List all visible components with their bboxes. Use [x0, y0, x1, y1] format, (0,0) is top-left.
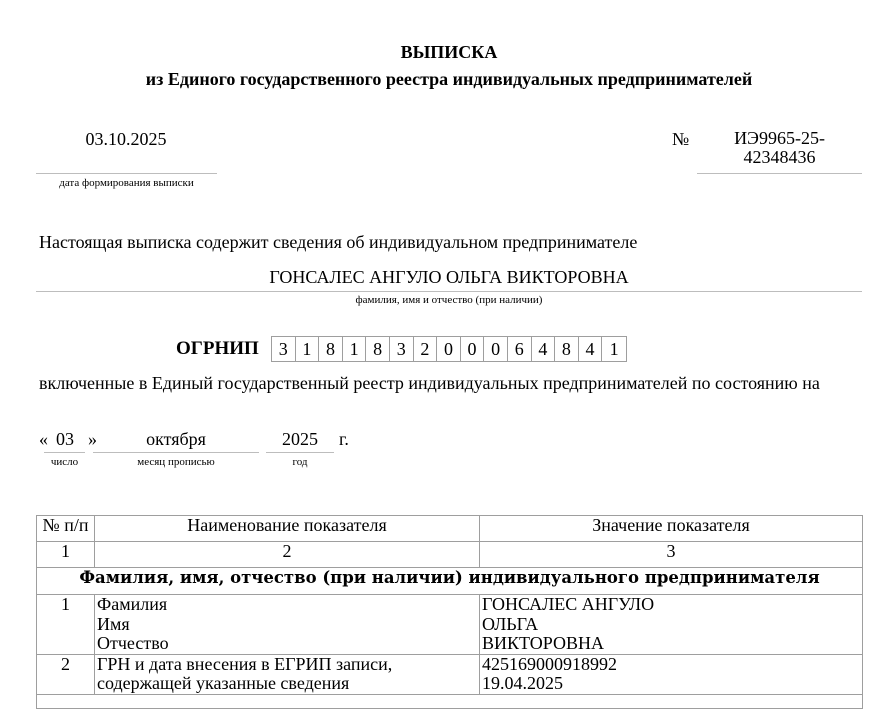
state-year: 2025 — [266, 429, 334, 450]
year-underline — [266, 452, 334, 453]
value-surname: ГОНСАЛЕС АНГУЛО — [482, 595, 860, 615]
ogrnip-digit: 3 — [272, 337, 296, 361]
extract-number-underline — [697, 173, 862, 174]
ogrnip-label: ОГРНИП — [176, 338, 259, 360]
row-number: 2 — [37, 654, 95, 694]
row-labels: Фамилия Имя Отчество — [95, 595, 480, 655]
row-values: ГОНСАЛЕС АНГУЛО ОЛЬГА ВИКТОРОВНА — [480, 595, 863, 655]
year-caption: год — [266, 456, 334, 468]
year-suffix: г. — [339, 429, 349, 450]
row-values: 425169000918992 19.04.2025 — [480, 654, 863, 694]
ogrnip-digit: 3 — [390, 337, 414, 361]
header-indicator-value: Значение показателя — [480, 516, 863, 542]
month-caption: месяц прописью — [93, 456, 259, 468]
extract-date-underline — [36, 173, 217, 174]
row-labels: ГРН и дата внесения в ЕГРИП записи, соде… — [95, 654, 480, 694]
full-name-caption: фамилия, имя и отчество (при наличии) — [36, 294, 862, 306]
state-day: 03 — [50, 429, 80, 450]
ogrnip-digit: 2 — [414, 337, 438, 361]
table-row: 2 ГРН и дата внесения в ЕГРИП записи, со… — [37, 654, 863, 694]
ogrnip-digit-boxes: 318183200064841 — [271, 336, 627, 362]
extract-date: 03.10.2025 — [36, 129, 216, 150]
extract-date-caption: дата формирования выписки — [36, 177, 217, 189]
table-row-partial — [37, 694, 863, 708]
value-patronymic: ВИКТОРОВНА — [482, 634, 860, 654]
value-grn-date: 19.04.2025 — [482, 674, 860, 694]
value-name: ОЛЬГА — [482, 615, 860, 635]
ogrnip-digit: 0 — [461, 337, 485, 361]
label-surname: Фамилия — [97, 595, 477, 615]
day-underline — [44, 452, 85, 453]
ogrnip-digit: 8 — [366, 337, 390, 361]
column-number-3: 3 — [480, 542, 863, 568]
ogrnip-digit: 1 — [343, 337, 367, 361]
extract-number-line2: 42348436 — [697, 148, 862, 167]
label-patronymic: Отчество — [97, 634, 477, 654]
extract-number-line1: ИЭ9965-25- — [697, 129, 862, 148]
ogrnip-digit: 0 — [437, 337, 461, 361]
document-title: ВЫПИСКА — [0, 42, 885, 63]
table-header-row: № п/п Наименование показателя Значение п… — [37, 516, 863, 542]
month-underline — [93, 452, 259, 453]
section-title: Фамилия, имя, отчество (при наличии) инд… — [37, 568, 863, 595]
ogrnip-digit: 4 — [579, 337, 603, 361]
section-header-row: Фамилия, имя, отчество (при наличии) инд… — [37, 568, 863, 595]
intro-text: Настоящая выписка содержит сведения об и… — [39, 232, 637, 253]
label-grn-line1: ГРН и дата внесения в ЕГРИП записи, — [97, 655, 477, 675]
document-subtitle: из Единого государственного реестра инди… — [0, 69, 885, 90]
row-number: 1 — [37, 595, 95, 655]
state-month: октября — [93, 429, 259, 450]
ogrnip-digit: 6 — [508, 337, 532, 361]
header-number: № п/п — [37, 516, 95, 542]
ogrnip-digit: 8 — [319, 337, 343, 361]
ogrnip-digit: 1 — [602, 337, 626, 361]
extract-number-sign: № — [672, 129, 689, 150]
included-text: включенные в Единый государственный реес… — [39, 374, 829, 393]
column-number-2: 2 — [95, 542, 480, 568]
label-name: Имя — [97, 615, 477, 635]
table-row: 1 Фамилия Имя Отчество ГОНСАЛЕС АНГУЛО О… — [37, 595, 863, 655]
extract-number: ИЭ9965-25- 42348436 — [697, 129, 862, 167]
ogrnip-digit: 0 — [484, 337, 508, 361]
ogrnip-digit: 4 — [532, 337, 556, 361]
column-number-row: 1 2 3 — [37, 542, 863, 568]
ogrnip-digit: 1 — [296, 337, 320, 361]
next-section-cell — [37, 694, 863, 708]
day-caption: число — [44, 456, 85, 468]
open-quote: « — [39, 429, 48, 450]
column-number-1: 1 — [37, 542, 95, 568]
ogrnip-digit: 8 — [555, 337, 579, 361]
full-name-underline — [36, 291, 862, 292]
header-indicator-name: Наименование показателя — [95, 516, 480, 542]
value-grn: 425169000918992 — [482, 655, 860, 675]
entrepreneur-full-name: ГОНСАЛЕС АНГУЛО ОЛЬГА ВИКТОРОВНА — [36, 267, 862, 288]
extract-table: № п/п Наименование показателя Значение п… — [36, 515, 863, 709]
label-grn-line2: содержащей указанные сведения — [97, 674, 477, 694]
